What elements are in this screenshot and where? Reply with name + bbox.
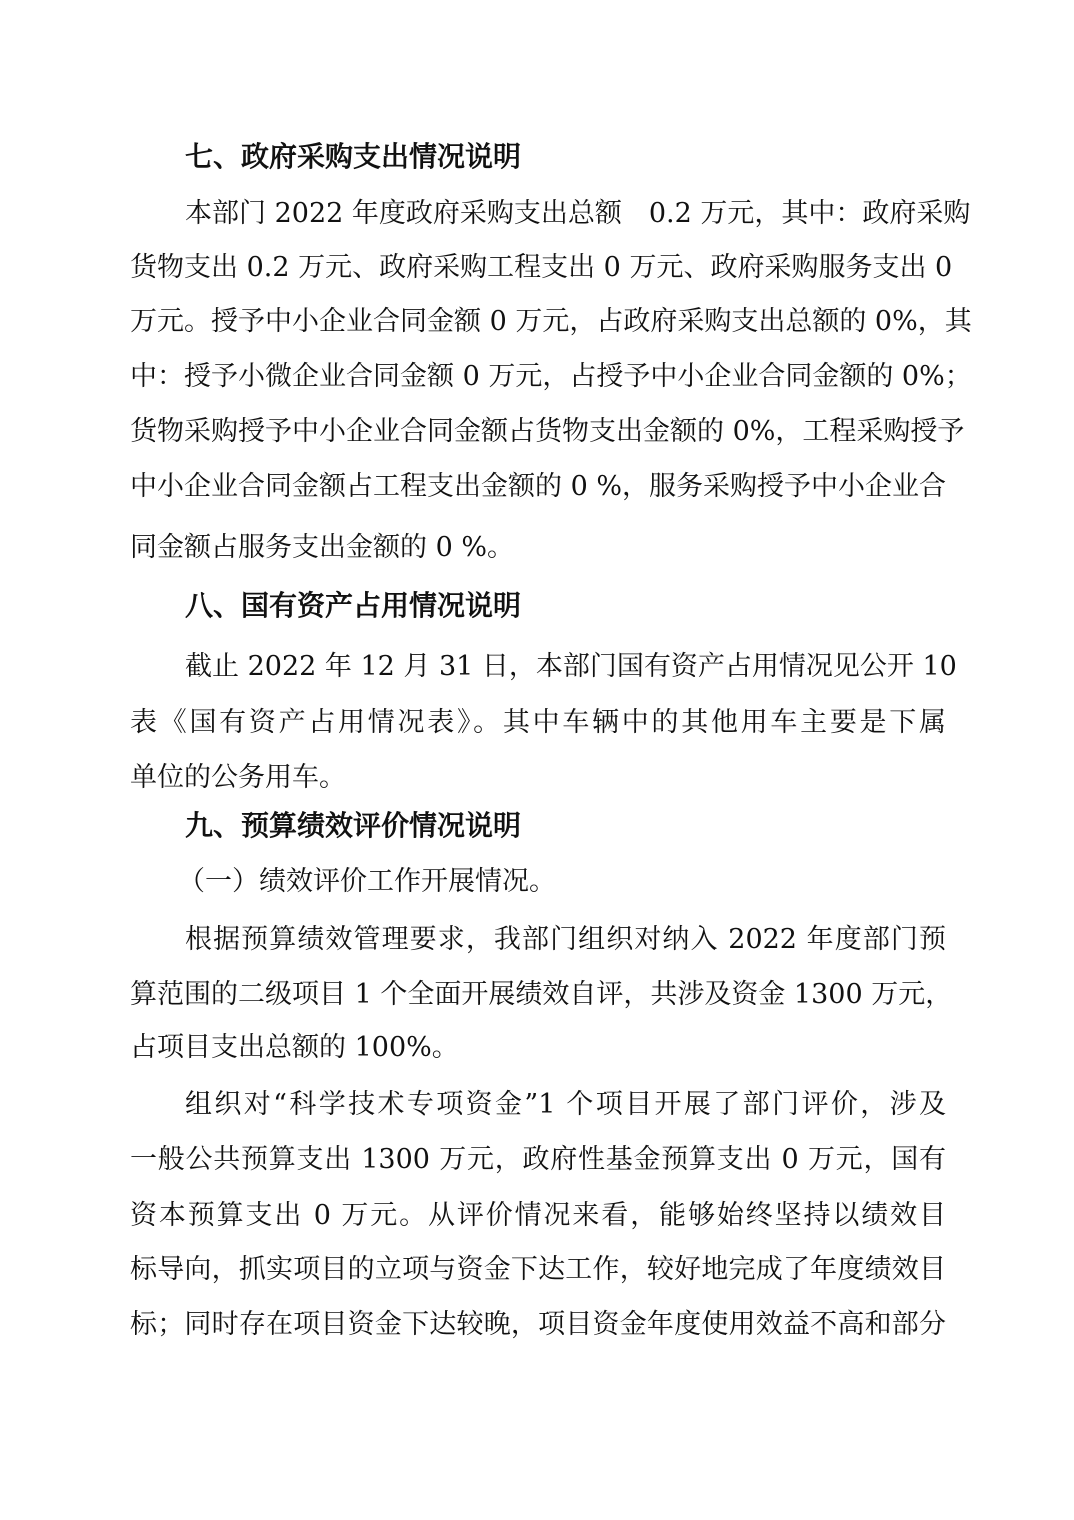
paragraph-line: 根据预算绩效管理要求，我部门组织对纳入 2022 年度部门预 [185,924,946,956]
paragraph-line: 组织对“科学技术专项资金”1 个项目开展了部门评价，涉及 [185,1089,946,1121]
paragraph-line: 表《国有资产占用情况表》。其中车辆中的其他用车主要是下属 [130,707,946,739]
paragraph-line: 同金额占服务支出金额的 0 %。 [130,532,946,564]
section-heading-performance: 九、预算绩效评价情况说明 [185,810,521,842]
paragraph-line: 标导向，抓实项目的立项与资金下达工作，较好地完成了年度绩效目 [130,1254,946,1286]
paragraph-line: 本部门 2022 年度政府采购支出总额 0.2 万元，其中：政府采购 [185,198,946,230]
paragraph-line: 万元。授予中小企业合同金额 0 万元，占政府采购支出总额的 0%，其 [130,306,946,338]
subsection-heading: （一）绩效评价工作开展情况。 [178,866,556,898]
paragraph-line: 资本预算支出 0 万元。从评价情况来看，能够始终坚持以绩效目 [130,1200,946,1232]
paragraph-line: 算范围的二级项目 1 个全面开展绩效自评，共涉及资金 1300 万元， [130,979,946,1011]
paragraph-line: 截止 2022 年 12 月 31 日，本部门国有资产占用情况见公开 10 [185,651,946,683]
paragraph-line: 中小企业合同金额占工程支出金额的 0 %，服务采购授予中小企业合 [130,471,946,503]
paragraph-line: 货物支出 0.2 万元、政府采购工程支出 0 万元、政府采购服务支出 0 [130,252,946,284]
section-heading-procurement: 七、政府采购支出情况说明 [185,141,521,173]
paragraph-line: 中：授予小微企业合同金额 0 万元，占授予中小企业合同金额的 0%； [130,361,946,393]
paragraph-line: 单位的公务用车。 [130,762,946,794]
paragraph-line: 标；同时存在项目资金下达较晚，项目资金年度使用效益不高和部分 [130,1309,946,1341]
section-heading-assets: 八、国有资产占用情况说明 [185,590,521,622]
paragraph-line: 货物采购授予中小企业合同金额占货物支出金额的 0%，工程采购授予 [130,416,946,448]
paragraph-line: 占项目支出总额的 100%。 [130,1032,946,1064]
paragraph-line: 一般公共预算支出 1300 万元，政府性基金预算支出 0 万元，国有 [130,1144,946,1176]
